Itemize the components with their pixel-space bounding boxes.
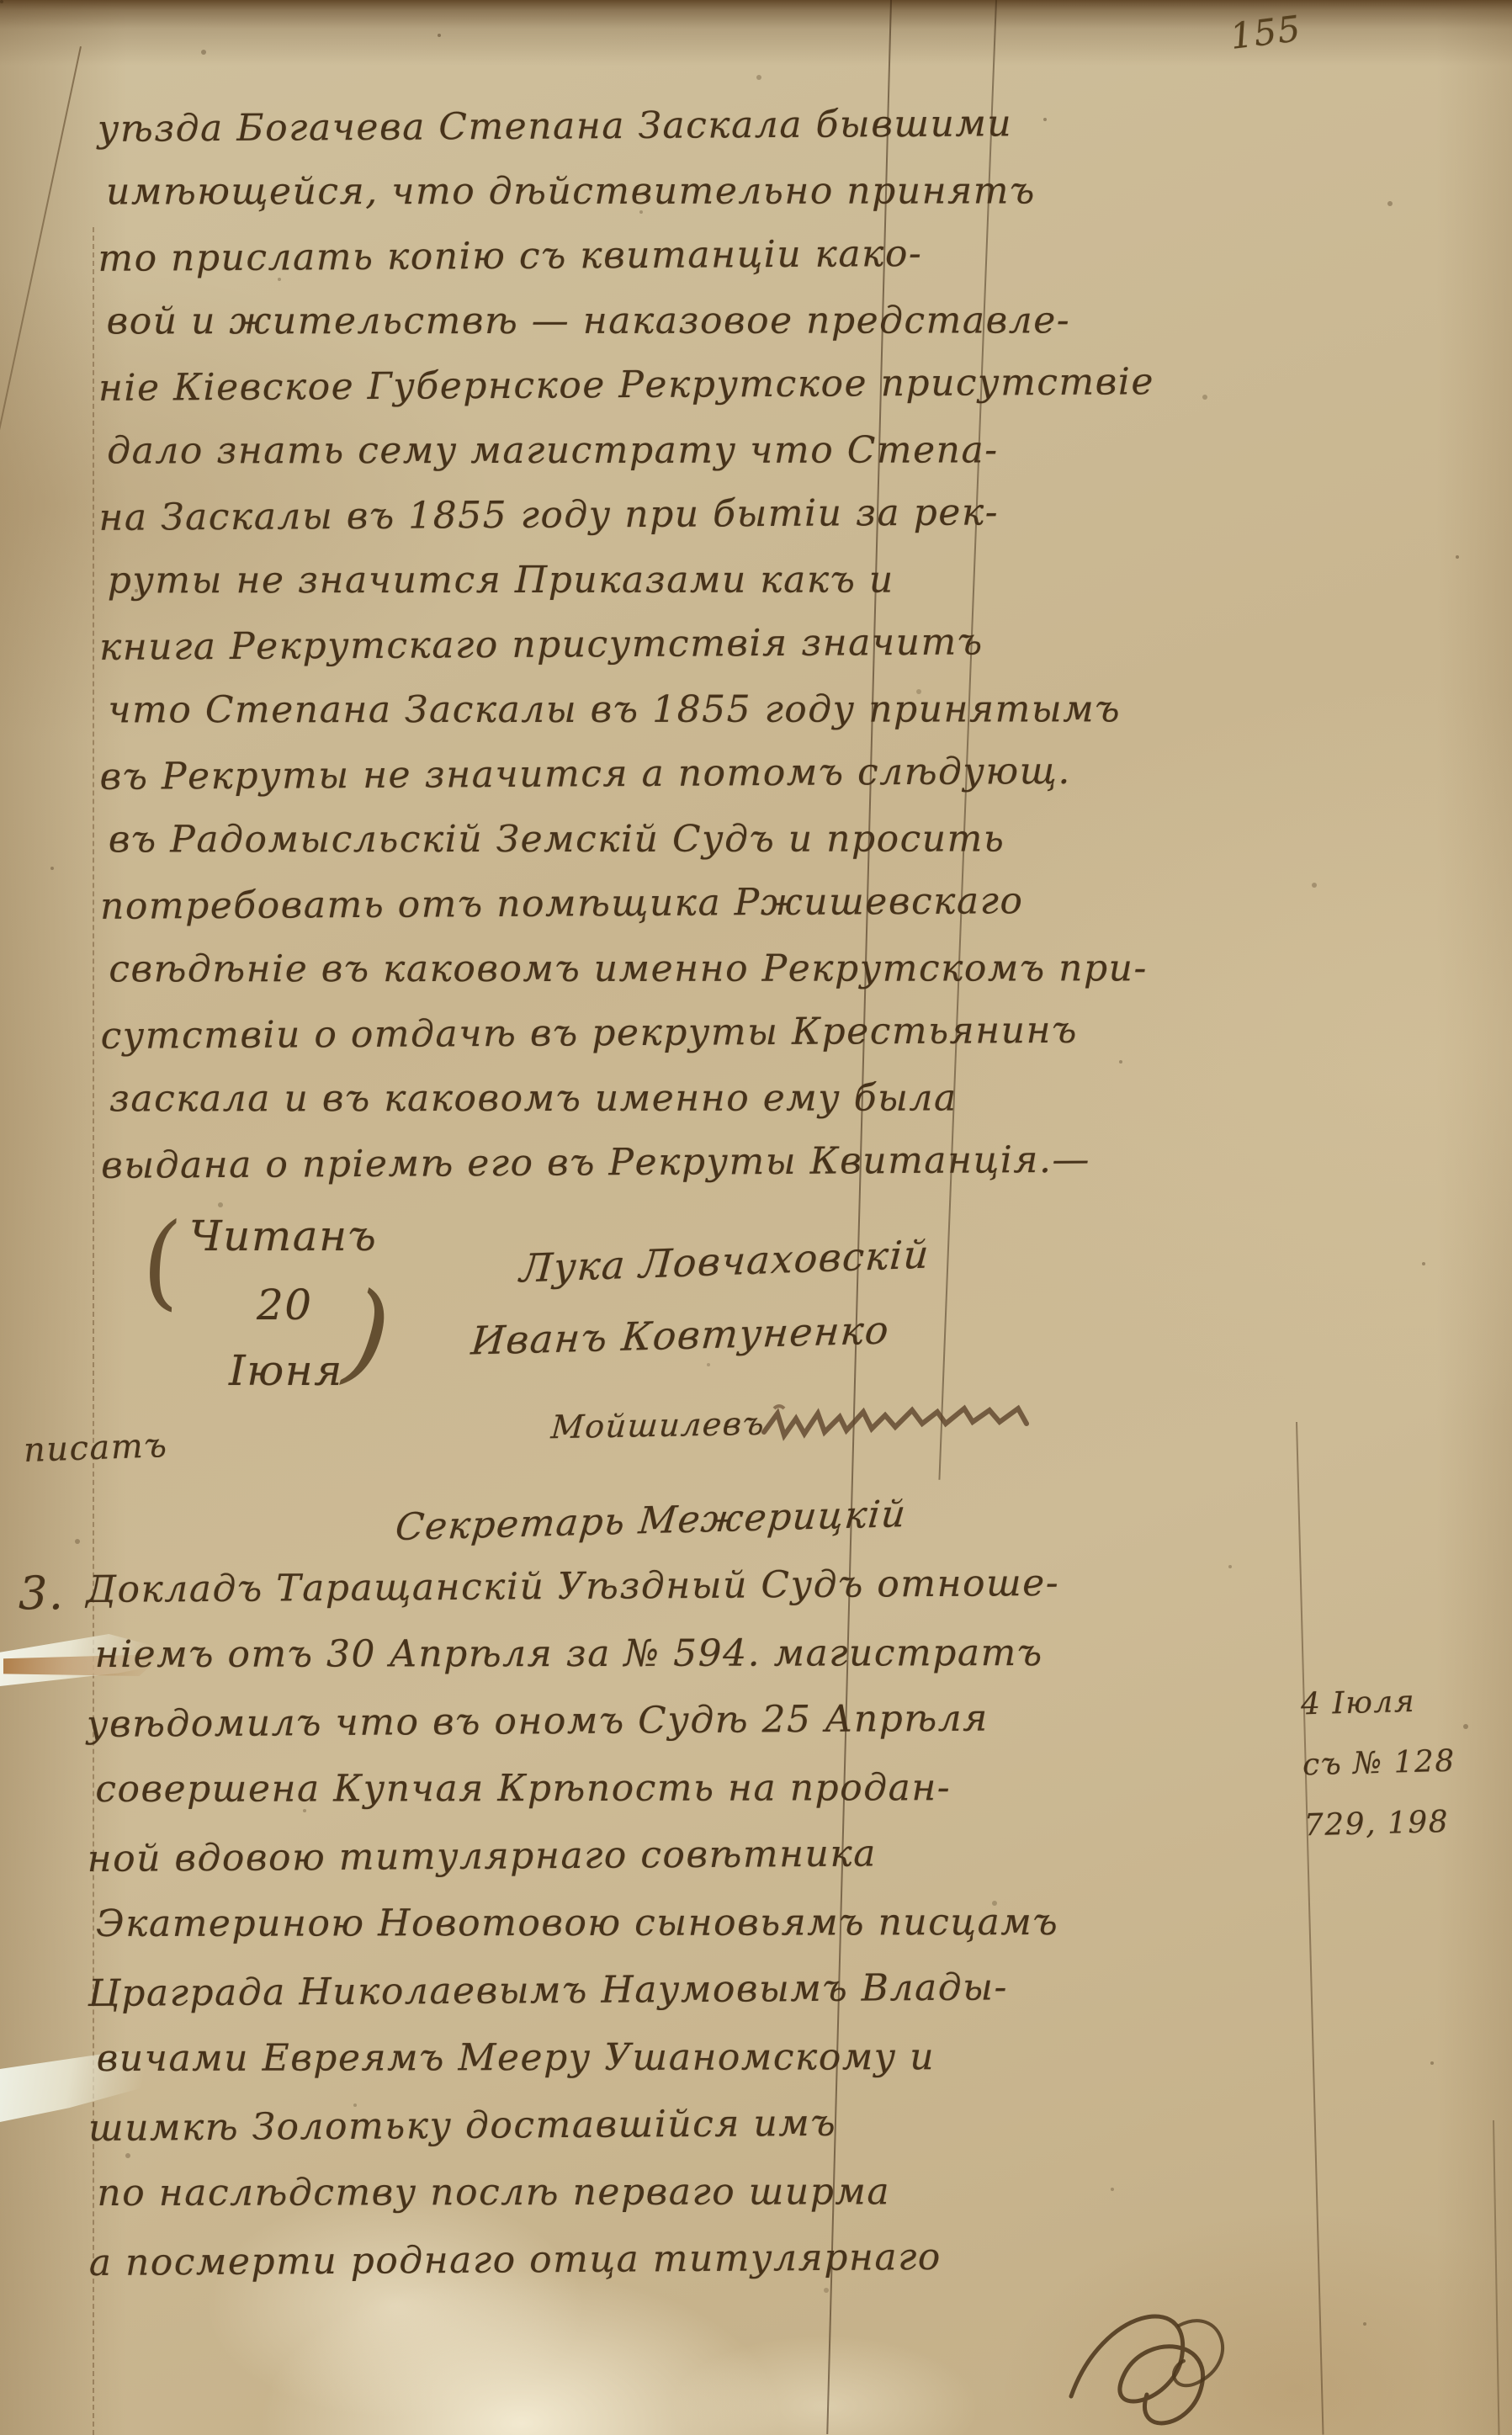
manuscript-line: въ Рекруты не значится а потомъ слѣдующ. [99,740,899,809]
open-paren-mark: ( [134,1202,189,1324]
manuscript-line: свѣдѣніе въ каковомъ именно Рекрутскомъ … [109,936,899,1002]
margin-note-pages: 729, 198 [1303,1792,1458,1857]
entry1-text-block: уѣзда Богачева Степана Заскала бывшими и… [98,93,901,1196]
manuscript-line: вой и жительствѣ — наказовое представле- [107,289,898,354]
manuscript-line: Экатериною Новотовою сыновьямъ писцамъ [96,1889,1055,1958]
secretary-signature: Секретарь Межерицкій [394,1493,909,1549]
manuscript-line: то прислать копію съ квитанціи како- [98,221,897,291]
margin-filing-note: 4 Іюля съ № 128 729, 198 [1300,1671,1457,1857]
vertical-rule-right-lower [1296,1422,1324,2435]
manuscript-line: въ Радомысльскій Земскій Судъ и просить [109,807,899,873]
vertical-rule-edge [1493,2120,1500,2435]
entry2-number: 3. [19,1567,65,1620]
manuscript-line: заскала и въ каковомъ именно ему была [109,1066,900,1132]
manuscript-line: совершена Купчая Крѣпость на продан- [95,1754,1054,1823]
read-note-month: Іюня [229,1346,343,1395]
manuscript-line: ной вдовою титулярнаго совѣтника [87,1819,1055,1893]
manuscript-line: на Заскалы въ 1855 году при бытіи за рек… [98,480,898,550]
vertical-rule-right-upper [938,0,997,1480]
manuscript-page: 155 уѣзда Богачева Степана Заскала бывши… [0,0,1512,2435]
manuscript-line: шимкѣ Золотьку доставшійся имъ [88,2088,1057,2162]
signature-2: Иванъ Ковтуненко [470,1307,891,1363]
manuscript-line: увѣдомилъ что въ ономъ Судѣ 25 Апрѣля [87,1684,1055,1759]
manuscript-line: уѣзда Богачева Степана Заскала бывшими [98,92,897,162]
hebrew-signature-scrawl-icon [757,1390,1060,1457]
margin-note-date: 4 Іюля [1300,1671,1455,1736]
signature-1: Лука Ловчаховскій [518,1231,931,1291]
signature-3: Мойшилевъ [549,1405,766,1446]
paper-crease-long [0,46,82,1001]
entry2-text-block: Докладъ Таращанскій Уѣздный Судъ отноше-… [86,1551,1057,2295]
page-number: 155 [1228,8,1303,57]
close-paren-mark: ) [340,1267,395,1398]
manuscript-line: ніе Кіевское Губернское Рекрутское прису… [98,351,898,421]
manuscript-line: дало знать сему магистрату что Степа- [107,418,898,484]
manuscript-line: имѣющейся, что дѣйствительно принятъ [106,159,897,225]
manuscript-line: потребовать отъ помѣщика Ржишевскаго [100,869,899,939]
manuscript-line: Докладъ Таращанскій Уѣздный Судъ отноше- [86,1550,1054,1624]
manuscript-line: а посмерти роднаго отца титулярнаго [88,2223,1057,2297]
manuscript-line: что Степана Заскалы въ 1855 году приняты… [108,677,899,743]
manuscript-line: ніемъ отъ 30 Апрѣля за № 594. магистратъ [95,1620,1054,1689]
manuscript-line: руты не значится Приказами какъ и [108,548,899,613]
manuscript-line: по наслѣдству послѣ перваго ширма [97,2158,1056,2227]
margin-note-number: съ № 128 [1302,1732,1456,1796]
manuscript-line: сутствіи о отдачѣ въ рекруты Крестьянинъ [100,999,899,1069]
manuscript-line: Цраграда Николаевымъ Наумовымъ Влады- [88,1954,1056,2028]
manuscript-line: выдана о пріемѣ его въ Рекруты Квитанція… [101,1128,900,1198]
read-note-day: 20 [257,1281,313,1329]
flourish-paraph-icon [1056,2295,1249,2435]
left-margin-word: писатъ [23,1426,168,1470]
manuscript-line: вичами Евреямъ Мееру Ушаномскому и [97,2024,1056,2093]
read-note-word: Читанъ [189,1212,377,1260]
manuscript-line: книга Рекрутскаго присутствія значитъ [99,610,899,680]
